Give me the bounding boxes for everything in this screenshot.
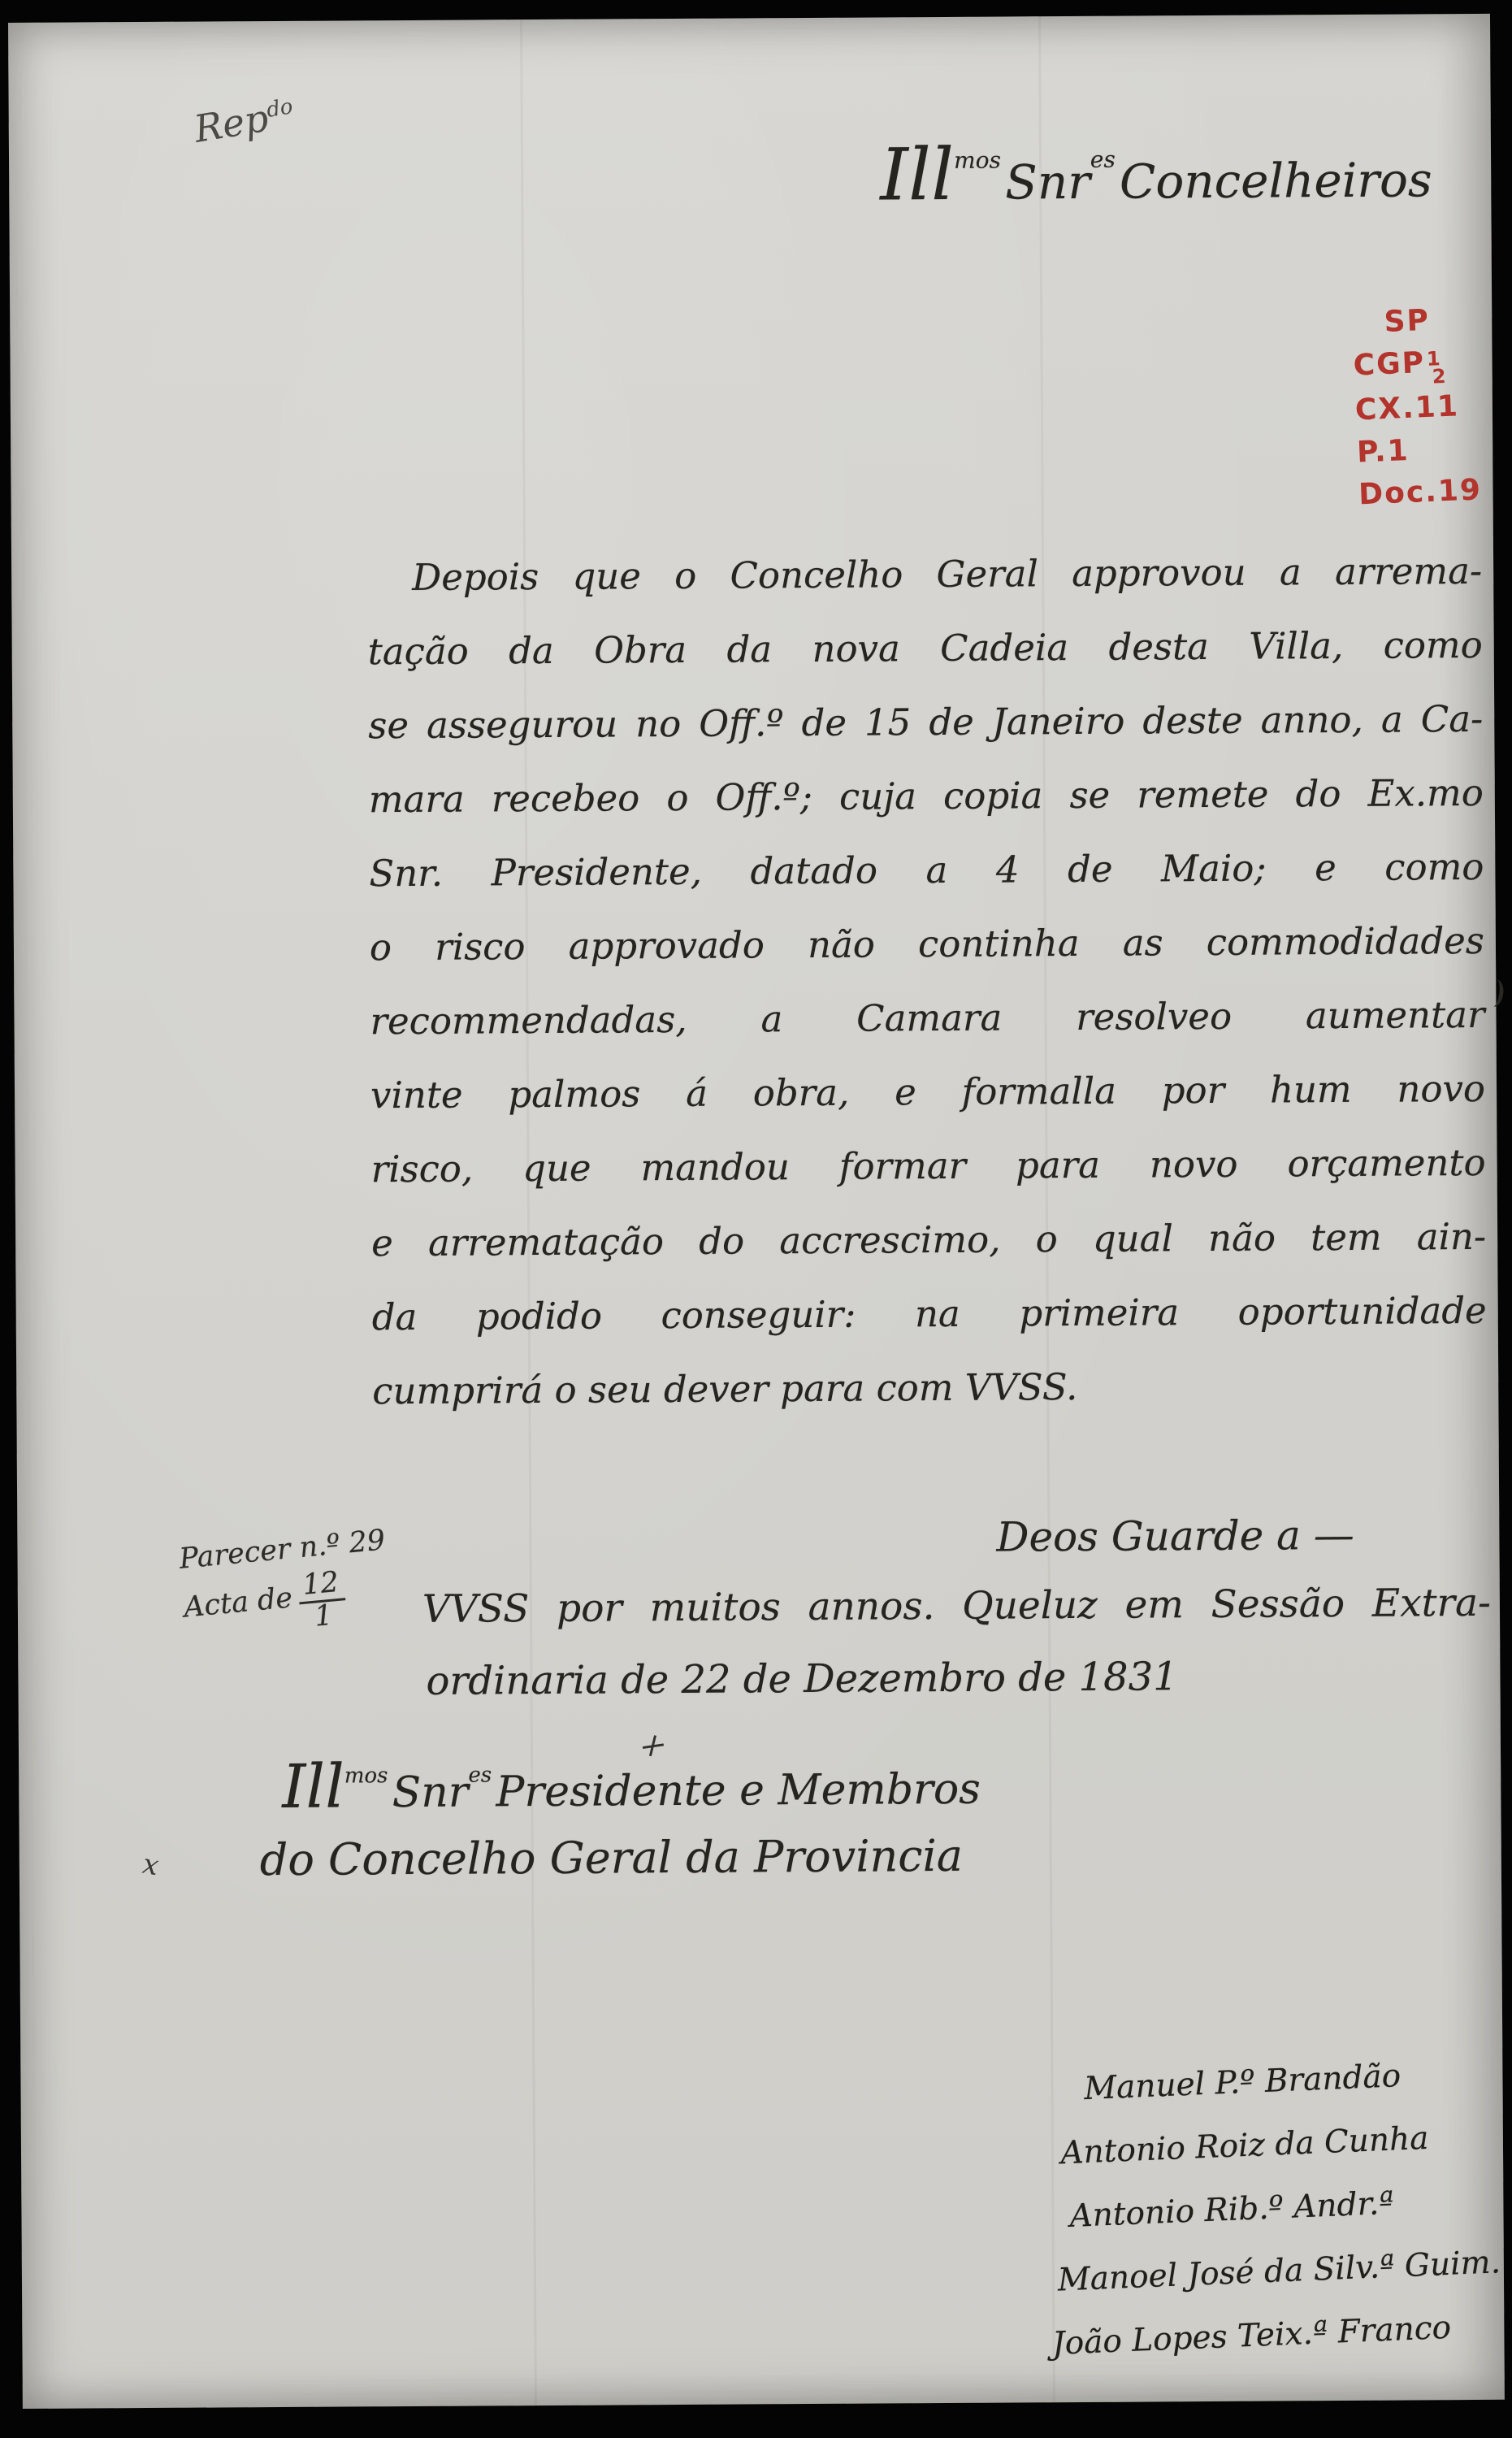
addressee-line-1: Illmos Snres Presidente e Membros [282, 1753, 981, 1818]
addressee-line-2: do Concelho Geral da Provincia [260, 1830, 981, 1885]
addressee-block: Illmos Snres Presidente e Membros do Con… [264, 1753, 981, 1885]
manuscript-paper: Repdo Illmos Snres Concelheiros SP CGP12… [8, 14, 1505, 2409]
archive-reference-stamp: SP CGP12 CX.11 P.1 Doc.19 [1351, 297, 1483, 516]
stamp-fraction: 12 [1424, 351, 1441, 387]
body-line: tação da Obra da nova Cadeia desta Villa… [367, 608, 1483, 688]
scanned-document-page: Repdo Illmos Snres Concelheiros SP CGP12… [0, 0, 1512, 2438]
body-line: recommendadas, a Camara resolveo aumenta… [370, 978, 1485, 1058]
body-line: Depois que o Concelho Geral approvou a a… [367, 534, 1483, 614]
stamp-line-p: P.1 [1356, 427, 1481, 474]
body-line: da podido conseguir: na primeira oportun… [371, 1273, 1487, 1354]
body-line: cumprirá o seu dever para com VVSS. [372, 1347, 1488, 1428]
margin-note: Parecer n.º 29 Acta de121 [177, 1516, 393, 1643]
closing-line-1: Deos Guarde a — [996, 1512, 1354, 1561]
letter-body: Depois que o Concelho Geral approvou a a… [367, 534, 1488, 1428]
stamp-line-sp: SP [1351, 297, 1476, 345]
body-line: se assegurou no Off.º de 15 de Janeiro d… [368, 682, 1484, 762]
stamp-line-cx: CX.11 [1354, 384, 1480, 432]
top-left-annotation: Repdo [191, 92, 297, 151]
body-line: Snr. Presidente, datado a 4 de Maio; e c… [369, 830, 1484, 910]
closing-line-2: VVSS por muitos annos. Queluz em Sessão … [422, 1581, 1491, 1632]
salutation-heading: Illmos Snres Concelheiros [880, 136, 1432, 210]
pen-flourish-mark [643, 1735, 664, 1756]
body-line: vinte palmos á obra, e formalla por hum … [370, 1052, 1486, 1132]
body-line: risco, que mandou formar para novo orçam… [370, 1126, 1486, 1206]
stamp-line-cgp: CGP12 [1353, 340, 1478, 389]
body-line: e arrematação do accrescimo, o qual não … [371, 1199, 1487, 1280]
stray-ink-mark-left: x [141, 1848, 162, 1883]
body-line: o risco approvado não continha as commod… [370, 904, 1485, 984]
acta-fraction: 121 [297, 1568, 348, 1633]
body-line: mara recebeo o Off.º; cuja copia se reme… [369, 756, 1484, 836]
signatures-block: Manuel P.º Brandão Antonio Roiz da Cunha… [1049, 2041, 1505, 2375]
stray-ink-mark-right [1484, 978, 1505, 1008]
closing-date-line: ordinaria de 22 de Dezembro de 1831 [426, 1654, 1178, 1704]
stamp-line-doc: Doc.19 [1358, 469, 1483, 516]
